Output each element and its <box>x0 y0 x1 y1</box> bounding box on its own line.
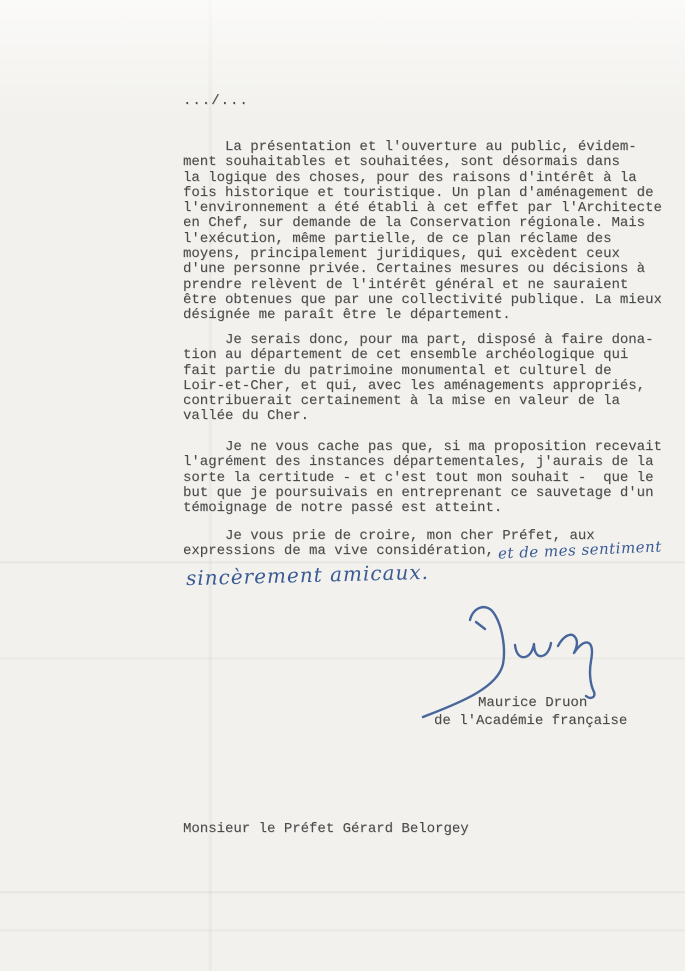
continuation-mark: .../... <box>183 94 249 109</box>
scanned-letter-page: .../... La présentation et l'ouverture a… <box>0 0 685 971</box>
paragraph-certitude: Je ne vous cache pas que, si ma proposit… <box>183 440 662 516</box>
paragraph-donation: Je serais donc, pour ma part, disposé à … <box>183 333 653 425</box>
handwritten-closing-line2: sincèrement amicaux. <box>186 560 430 590</box>
signatory-title: de l'Académie française <box>434 714 627 729</box>
recipient-line: Monsieur le Préfet Gérard Belorgey <box>183 822 469 837</box>
paragraph-presentation: La présentation et l'ouverture au public… <box>183 140 662 324</box>
signatory-name: Maurice Druon <box>478 696 587 711</box>
